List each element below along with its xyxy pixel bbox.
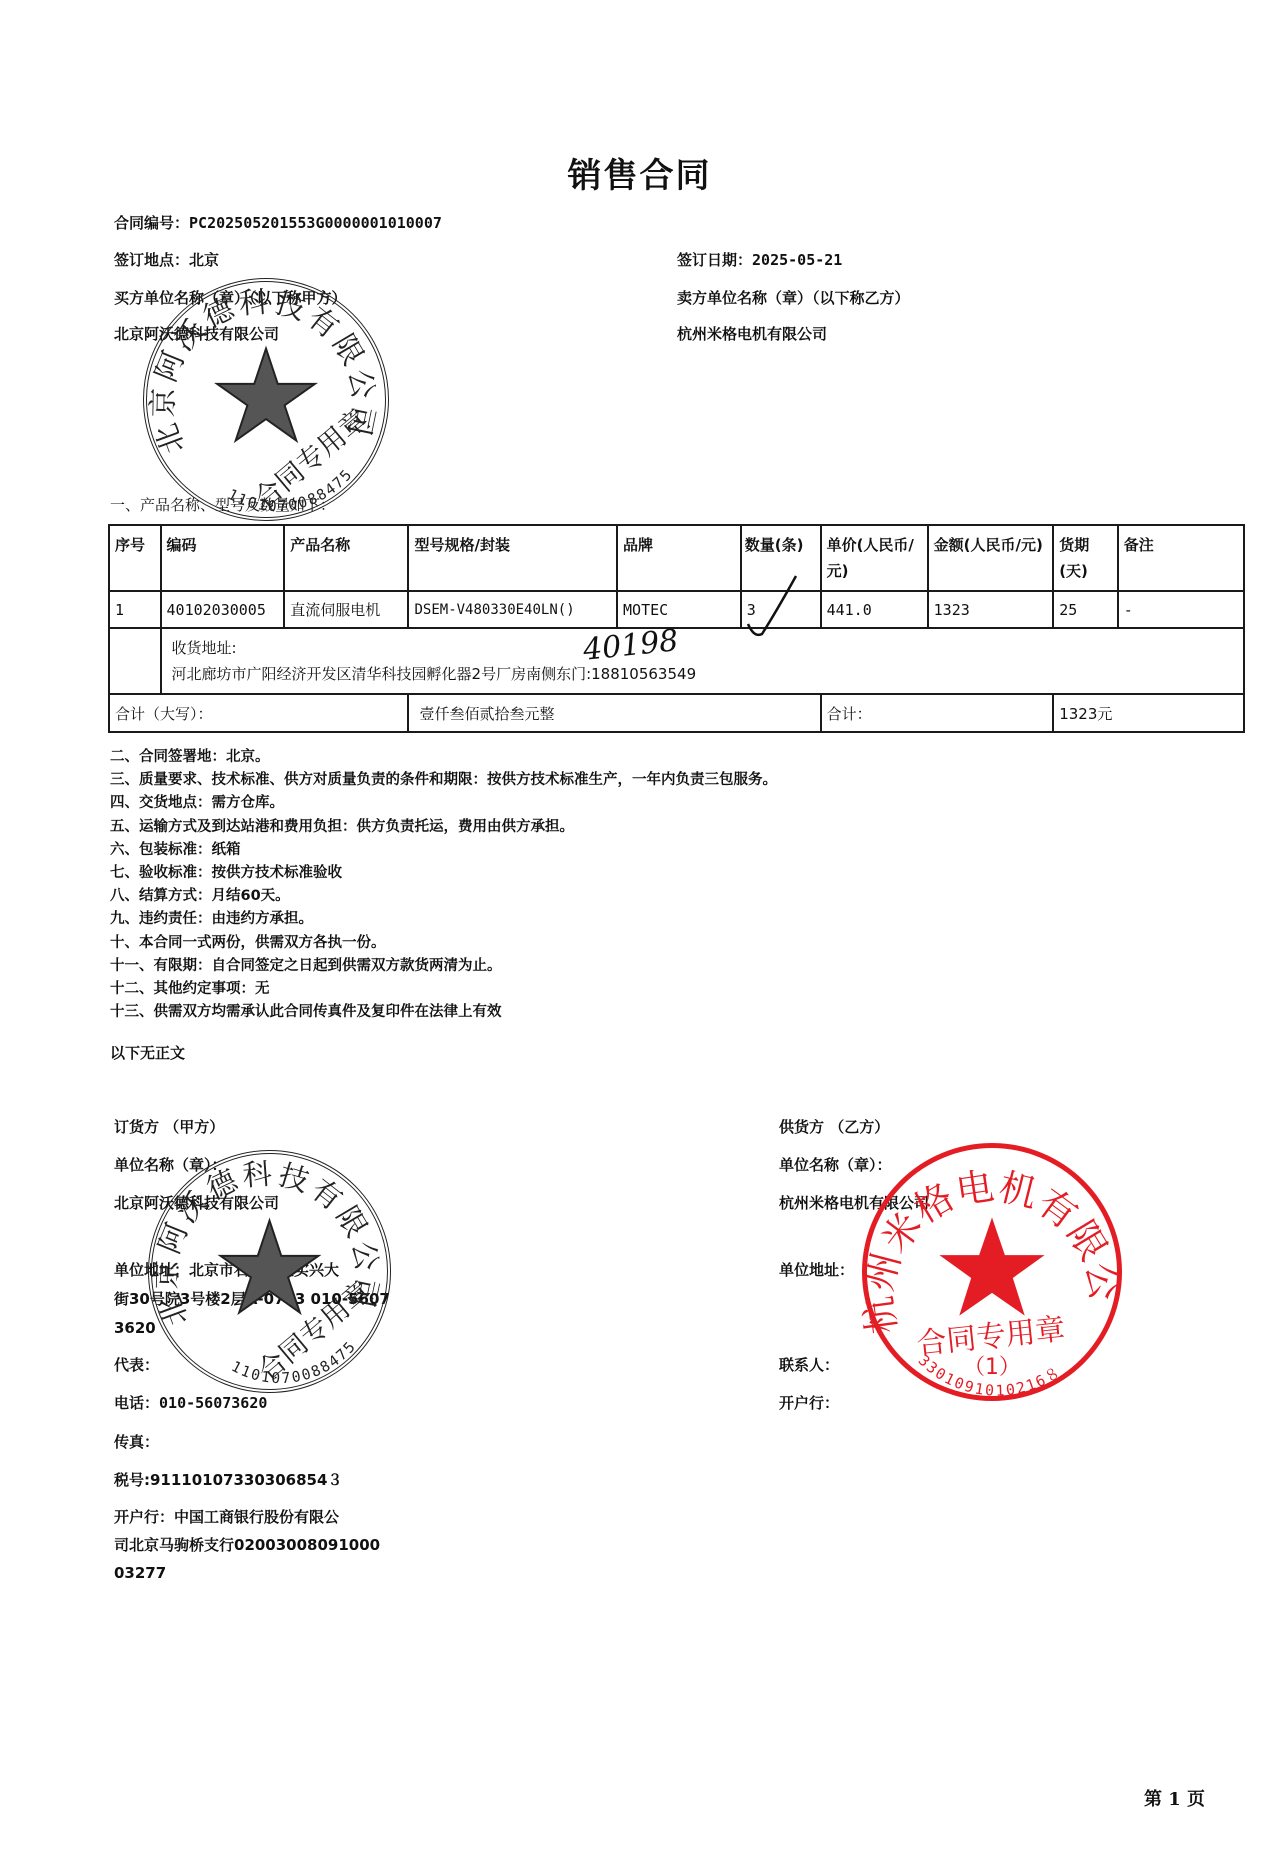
header-unit-price: 单价(人民币/元) [821,525,928,591]
sign-date-label: 签订日期： [677,251,752,269]
header-delivery: 货期(天) [1053,525,1118,591]
address-label: 收货地址: [172,635,1238,661]
checkmark-icon [740,572,810,642]
total-value: 1323元 [1053,694,1244,732]
seller-seal: 杭州米格电机有限公司 合同专用章 （1） 3301091010216８ [862,1143,1122,1401]
party-a-bank-line3: 03277 [114,1563,166,1583]
star-icon [939,1217,1044,1315]
party-a-bank-line1: 开户行：中国工商银行股份有限公 [114,1507,339,1527]
table-header-row: 序号 编码 产品名称 型号规格/封装 品牌 数量(条) 单价(人民币/元) 金额… [109,525,1244,591]
cell-remark: - [1118,591,1244,628]
party-b-bank-label: 开户行： [779,1393,839,1413]
term-item: 九、违约责任：由违约方承担。 [110,908,777,931]
total-upper-label: 合计（大写）： [109,694,408,732]
party-a-fax-label: 传真： [114,1432,159,1452]
party-a-tax-label: 税号: [114,1471,150,1489]
total-upper-value: 壹仟叁佰贰拾叁元整 [408,694,820,732]
term-item: 五、运输方式及到达站港和费用负担：供方负责托运，费用由供方承担。 [110,816,777,839]
address-cell: 收货地址: 河北廊坊市广阳经济开发区清华科技园孵化器2号厂房南侧东门:18810… [161,628,1244,694]
seller-seal-sub-text: （1） [963,1355,1021,1380]
address-blank-cell [109,628,161,694]
terms-list: 二、合同签署地：北京。 三、质量要求、技术标准、供方对质量负责的条件和期限：按供… [110,746,777,1024]
header-remark: 备注 [1118,525,1244,591]
term-item: 六、包装标准：纸箱 [110,839,777,862]
term-item: 二、合同签署地：北京。 [110,746,777,769]
seller-name: 杭州米格电机有限公司 [677,323,827,344]
party-a-phone-value: 010-56073620 [159,1394,267,1412]
seller-seal-ring-text: 杭州米格电机有限公司 [849,1113,1127,1337]
header-brand: 品牌 [617,525,741,591]
party-b-address-label: 单位地址： [779,1260,854,1280]
header-code: 编码 [161,525,285,591]
buyer-seal-graphic: 北京阿沃德科技有限公司 合同专用章 1101070088475 [147,282,385,517]
cell-unit-price: 441.0 [821,591,928,628]
contract-number-label: 合同编号： [114,214,189,232]
sign-place-label: 签订地点： [114,251,189,269]
term-item: 三、质量要求、技术标准、供方对质量负责的条件和期限：按供方技术标准生产，一年内负… [110,769,777,792]
total-label: 合计： [821,694,1054,732]
cell-code: 40102030005 [161,591,285,628]
header-model: 型号规格/封装 [408,525,617,591]
seller-label: 卖方单位名称（章）（以下称乙方） [677,287,910,308]
sign-place: 签订地点：北京 [114,249,219,270]
header-seq: 序号 [109,525,161,591]
term-item: 十二、其他约定事项：无 [110,978,777,1001]
term-item: 十三、供需双方均需承认此合同传真件及复印件在法律上有效 [110,1001,777,1024]
party-a-address-line3: 3620 [114,1318,156,1338]
svg-text:杭州米格电机有限公司: 杭州米格电机有限公司 [849,1113,1127,1337]
party-a-bank-line2: 司北京马驹桥支行02003008091000 [114,1535,380,1555]
seller-seal-graphic: 杭州米格电机有限公司 合同专用章 （1） 3301091010216８ [867,1148,1117,1396]
sign-date-value: 2025-05-21 [752,251,842,269]
buyer-seal-top: 北京阿沃德科技有限公司 合同专用章 1101070088475 [143,278,389,521]
sign-place-value: 北京 [189,251,219,269]
star-icon [221,1221,319,1313]
party-a-phone-label: 电话： [114,1394,159,1412]
contract-number-value: PC202505201553G0000001010007 [189,214,442,232]
term-item: 十、本合同一式两份，供需双方各执一份。 [110,932,777,955]
party-a-tax-value: 91110107330306854３ [150,1471,342,1489]
term-item: 七、验收标准：按供方技术标准验收 [110,862,777,885]
document-title: 销售合同 [0,148,1279,197]
party-a-phone: 电话：010-56073620 [114,1393,267,1413]
header-amount: 金额(人民币/元) [928,525,1054,591]
page-number: 第 1 页 [1144,1785,1205,1811]
cell-seq: 1 [109,591,161,628]
cell-model: DSEM-V480330E40LN() [408,591,617,628]
address-value: 河北廊坊市广阳经济开发区清华科技园孵化器2号厂房南侧东门:18810563549 [172,661,1238,687]
cell-product: 直流伺服电机 [284,591,408,628]
table-row: 1 40102030005 直流伺服电机 DSEM-V480330E40LN()… [109,591,1244,628]
cell-amount: 1323 [928,591,1054,628]
buyer-seal-bottom: 北京阿沃德科技有限公司 合同专用章 1101070088475 [148,1150,391,1393]
term-item: 四、交货地点：需方仓库。 [110,792,777,815]
header-product: 产品名称 [284,525,408,591]
party-a-tax: 税号:91110107330306854３ [114,1470,342,1490]
term-item: 八、结算方式：月结60天。 [110,885,777,908]
cell-brand: MOTEC [617,591,741,628]
party-a-heading: 订货方 （甲方） [114,1117,224,1137]
end-note: 以下无正文 [110,1042,185,1063]
term-item: 十一、有限期：自合同签定之日起到供需双方款货两清为止。 [110,955,777,978]
star-icon [217,349,315,441]
party-b-heading: 供货方 （乙方） [779,1117,889,1137]
contract-number: 合同编号：PC202505201553G0000001010007 [114,212,442,233]
cell-delivery: 25 [1053,591,1118,628]
buyer-seal-graphic: 北京阿沃德科技有限公司 合同专用章 1101070088475 [152,1154,387,1389]
total-row: 合计（大写）： 壹仟叁佰贰拾叁元整 合计： 1323元 [109,694,1244,732]
party-b-contact-label: 联系人： [779,1355,839,1375]
sign-date: 签订日期：2025-05-21 [677,249,842,270]
